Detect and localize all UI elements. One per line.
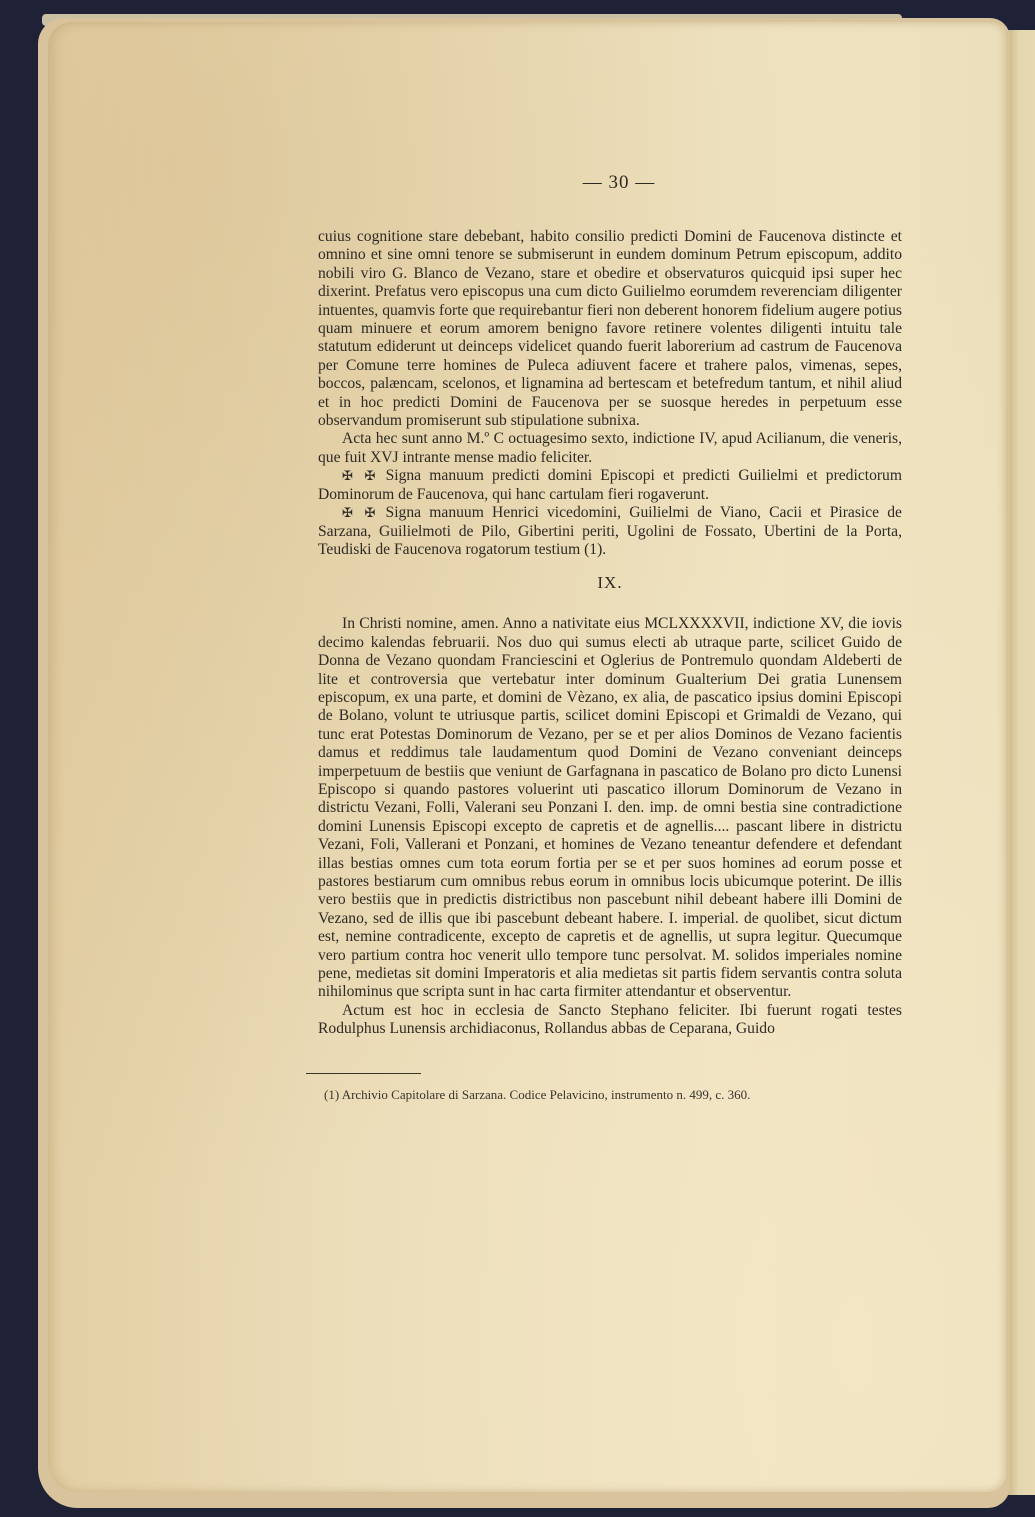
cross-pattee-icon: ✠ ✠ — [342, 468, 377, 483]
page-number: — 30 — — [318, 172, 902, 194]
footnote: (1) Archivio Capitolare di Sarzana. Codi… — [318, 1086, 902, 1103]
page-content: — 30 — cuius cognitione stare debebant, … — [318, 172, 902, 1103]
paragraph-charter: In Christi nomine, amen. Anno a nativita… — [318, 615, 902, 1002]
signature-text: Signa manuum Henrici vicedomini, Guiliel… — [318, 504, 902, 558]
section-heading: IX. — [318, 573, 902, 593]
paragraph-actum: Actum est hoc in ecclesia de Sancto Step… — [318, 1002, 902, 1039]
footnote-divider — [306, 1073, 421, 1074]
signature-paragraph-1: ✠ ✠ Signa manuum predicti domini Episcop… — [318, 467, 902, 504]
signature-text: Signa manuum predicti domini Episcopi et… — [318, 467, 902, 502]
cross-pattee-icon: ✠ ✠ — [342, 505, 377, 520]
paragraph-continuation: cuius cognitione stare debebant, habito … — [318, 228, 902, 430]
paragraph-acta: Acta hec sunt anno M.º C octuagesimo sex… — [318, 430, 902, 467]
signature-paragraph-2: ✠ ✠ Signa manuum Henrici vicedomini, Gui… — [318, 504, 902, 559]
